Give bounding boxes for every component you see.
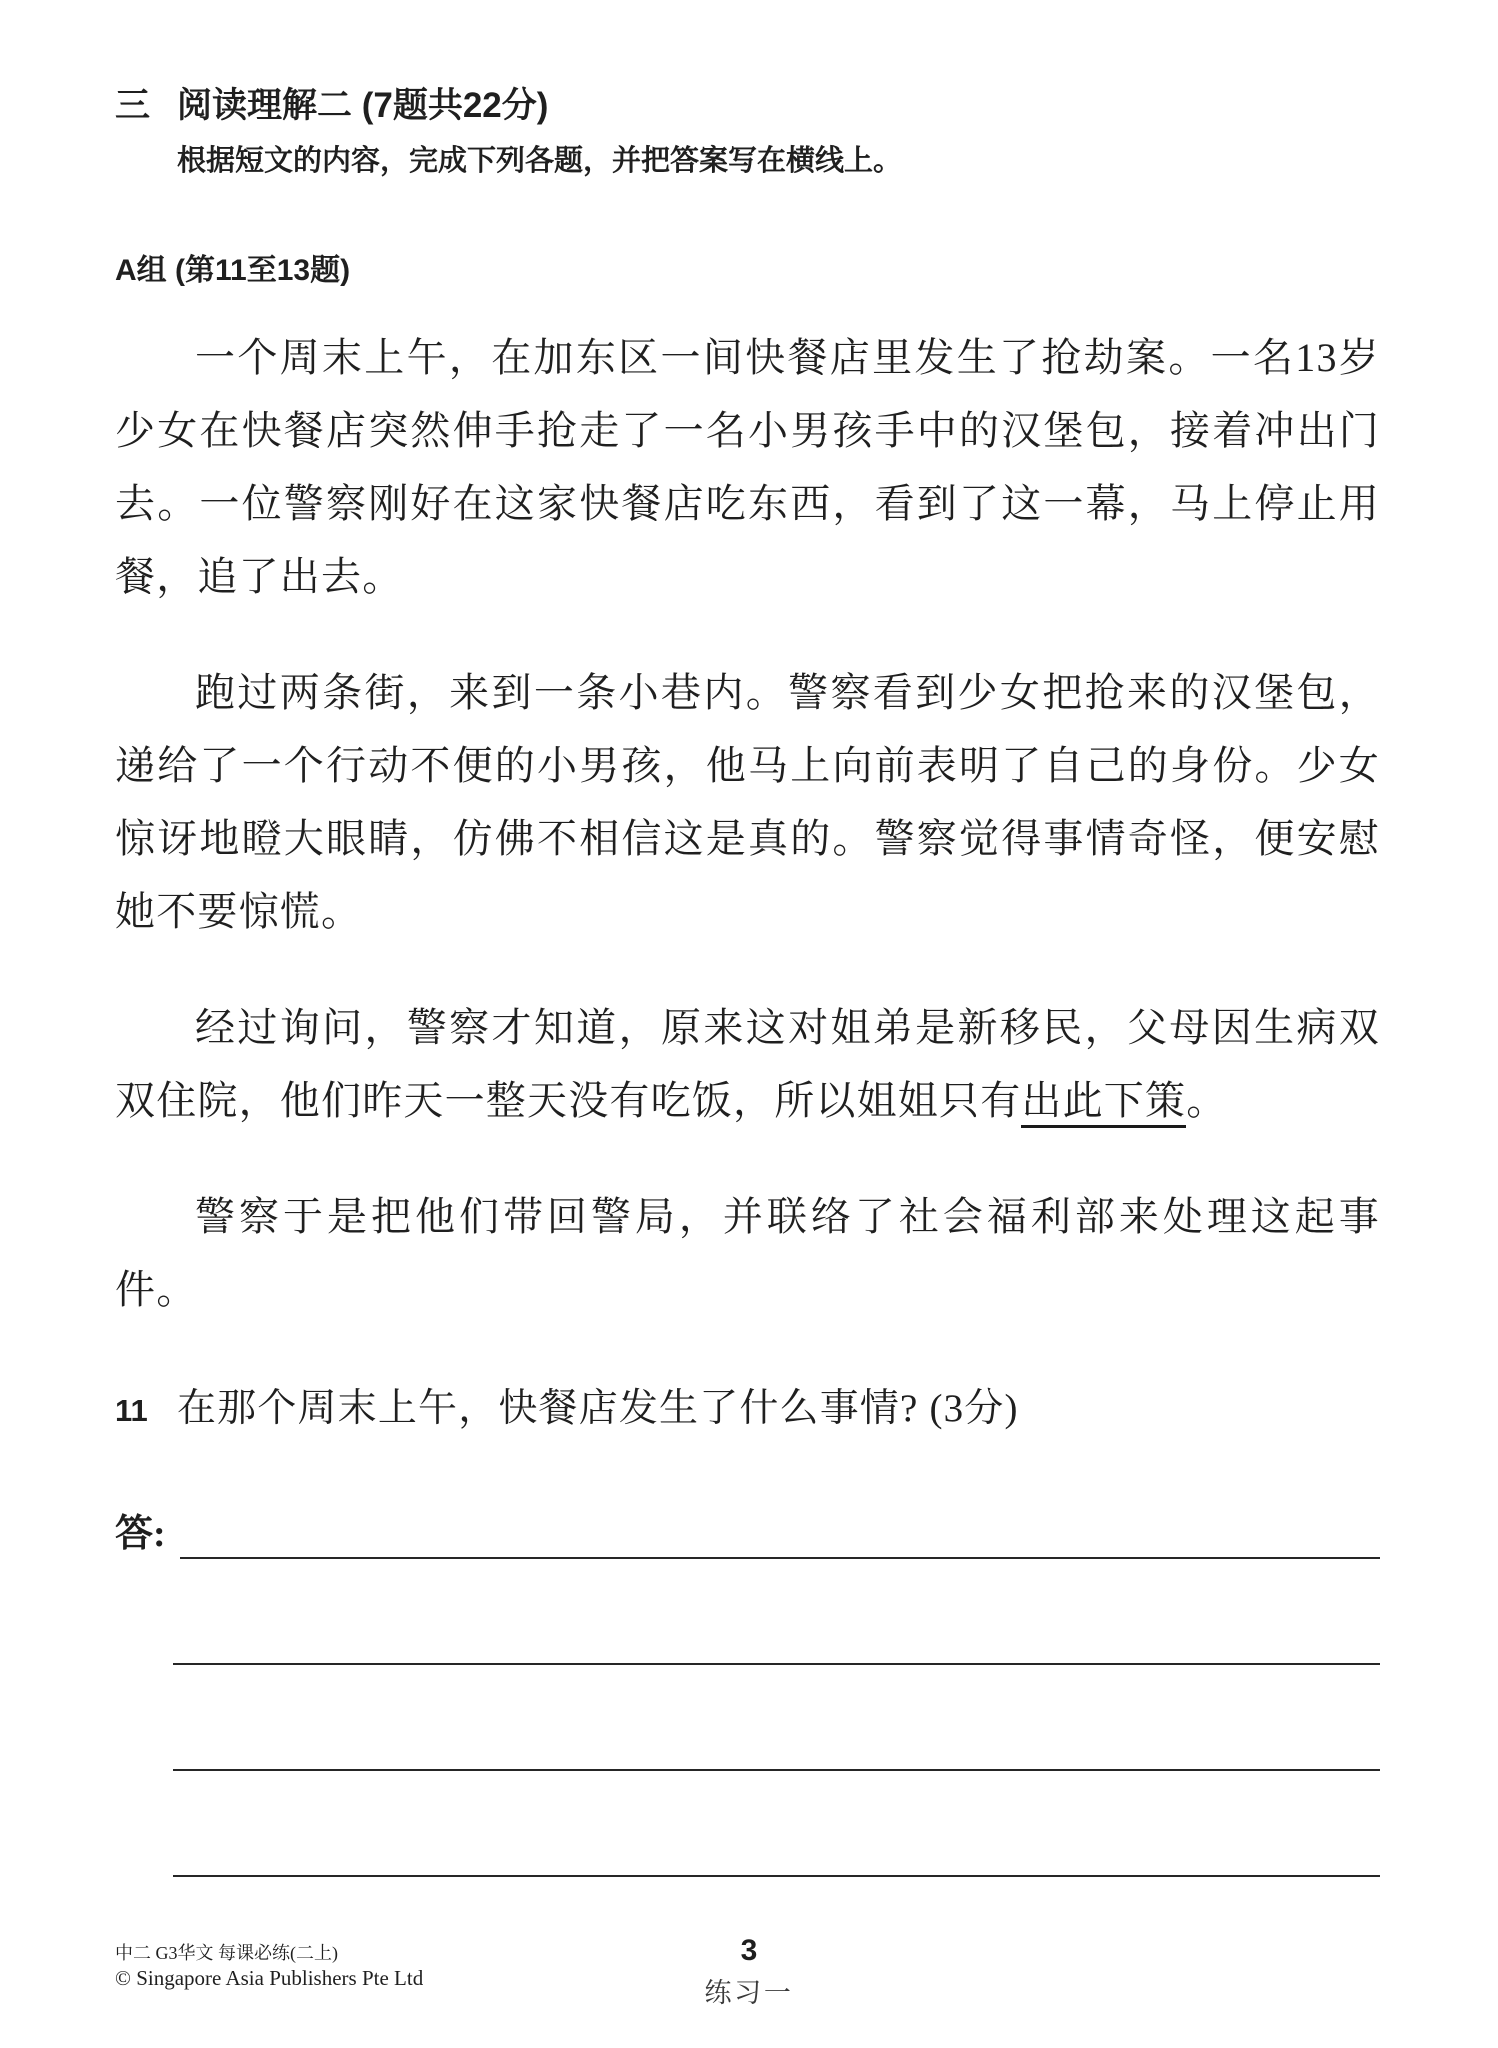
answer-label: 答: — [115, 1502, 180, 1559]
section-number: 三 — [115, 84, 177, 128]
page-content: 三 阅读理解二 (7题共22分) 根据短文的内容，完成下列各题，并把答案写在横线… — [0, 0, 1498, 1877]
section-instructions: 根据短文的内容，完成下列各题，并把答案写在横线上。 — [177, 142, 1380, 181]
section-title: 阅读理解二 (7题共22分) — [177, 84, 548, 128]
question-11: 11 在那个周末上午，快餐店发生了什么事情? (3分) — [115, 1382, 1380, 1437]
passage-paragraph-3: 经过询问，警察才知道，原来这对姐弟是新移民，父母因生病双双住院，他们昨天一整天没… — [115, 991, 1380, 1137]
section-heading: 三 阅读理解二 (7题共22分) — [115, 84, 1380, 128]
footer-center: 3 练习一 — [0, 1934, 1498, 2010]
underlined-phrase: 出此下策 — [1021, 1078, 1186, 1128]
answer-line — [173, 1665, 1380, 1771]
exercise-name: 练习一 — [0, 1971, 1498, 2010]
answer-line — [173, 1559, 1380, 1665]
group-label: A组 (第11至13题) — [115, 245, 1380, 289]
passage-paragraph-1: 一个周末上午，在加东区一间快餐店里发生了抢劫案。一名13岁少女在快餐店突然伸手抢… — [115, 321, 1380, 613]
reading-passage: 一个周末上午，在加东区一间快餐店里发生了抢劫案。一名13岁少女在快餐店突然伸手抢… — [115, 321, 1380, 1326]
passage-paragraph-2: 跑过两条街，来到一条小巷内。警察看到少女把抢来的汉堡包，递给了一个行动不便的小男… — [115, 656, 1380, 948]
question-number: 11 — [115, 1393, 177, 1429]
worksheet-page: 三 阅读理解二 (7题共22分) 根据短文的内容，完成下列各题，并把答案写在横线… — [0, 0, 1498, 2048]
answer-line — [173, 1771, 1380, 1877]
page-number: 3 — [0, 1934, 1498, 1967]
question-text: 在那个周末上午，快餐店发生了什么事情? (3分) — [177, 1382, 1019, 1437]
passage-paragraph-4: 警察于是把他们带回警局，并联络了社会福利部来处理这起事件。 — [115, 1180, 1380, 1326]
answer-line — [180, 1513, 1380, 1559]
answer-first-row: 答: — [115, 1502, 1380, 1559]
answer-area: 答: — [115, 1502, 1380, 1877]
paragraph-3-period: 。 — [1186, 1078, 1227, 1123]
